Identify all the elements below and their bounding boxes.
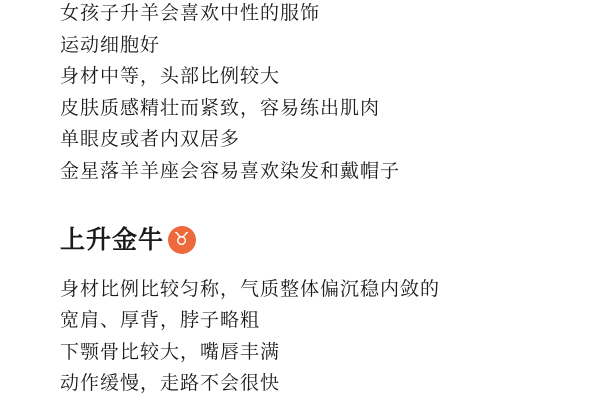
trait-line: 单眼皮或者内双居多 bbox=[60, 126, 240, 152]
trait-line: 动作缓慢，走路不会很快 bbox=[60, 370, 280, 396]
section-heading: 上升金牛 ♉ bbox=[60, 224, 196, 256]
trait-line: 金星落羊羊座会容易喜欢染发和戴帽子 bbox=[60, 158, 400, 184]
taurus-icon: ♉ bbox=[168, 226, 196, 254]
trait-line: 皮肤质感精壮而紧致，容易练出肌肉 bbox=[60, 95, 380, 121]
trait-line: 宽肩、厚背，脖子略粗 bbox=[60, 307, 260, 333]
trait-line: 运动细胞好 bbox=[60, 32, 160, 58]
trait-line: 下颚骨比较大，嘴唇丰满 bbox=[60, 339, 280, 365]
trait-line: 女孩子升羊会喜欢中性的服饰 bbox=[60, 0, 320, 26]
heading-text: 上升金牛 bbox=[60, 224, 164, 256]
trait-line: 身材比例比较匀称，气质整体偏沉稳内敛的 bbox=[60, 276, 440, 302]
trait-line: 身材中等，头部比例较大 bbox=[60, 63, 280, 89]
